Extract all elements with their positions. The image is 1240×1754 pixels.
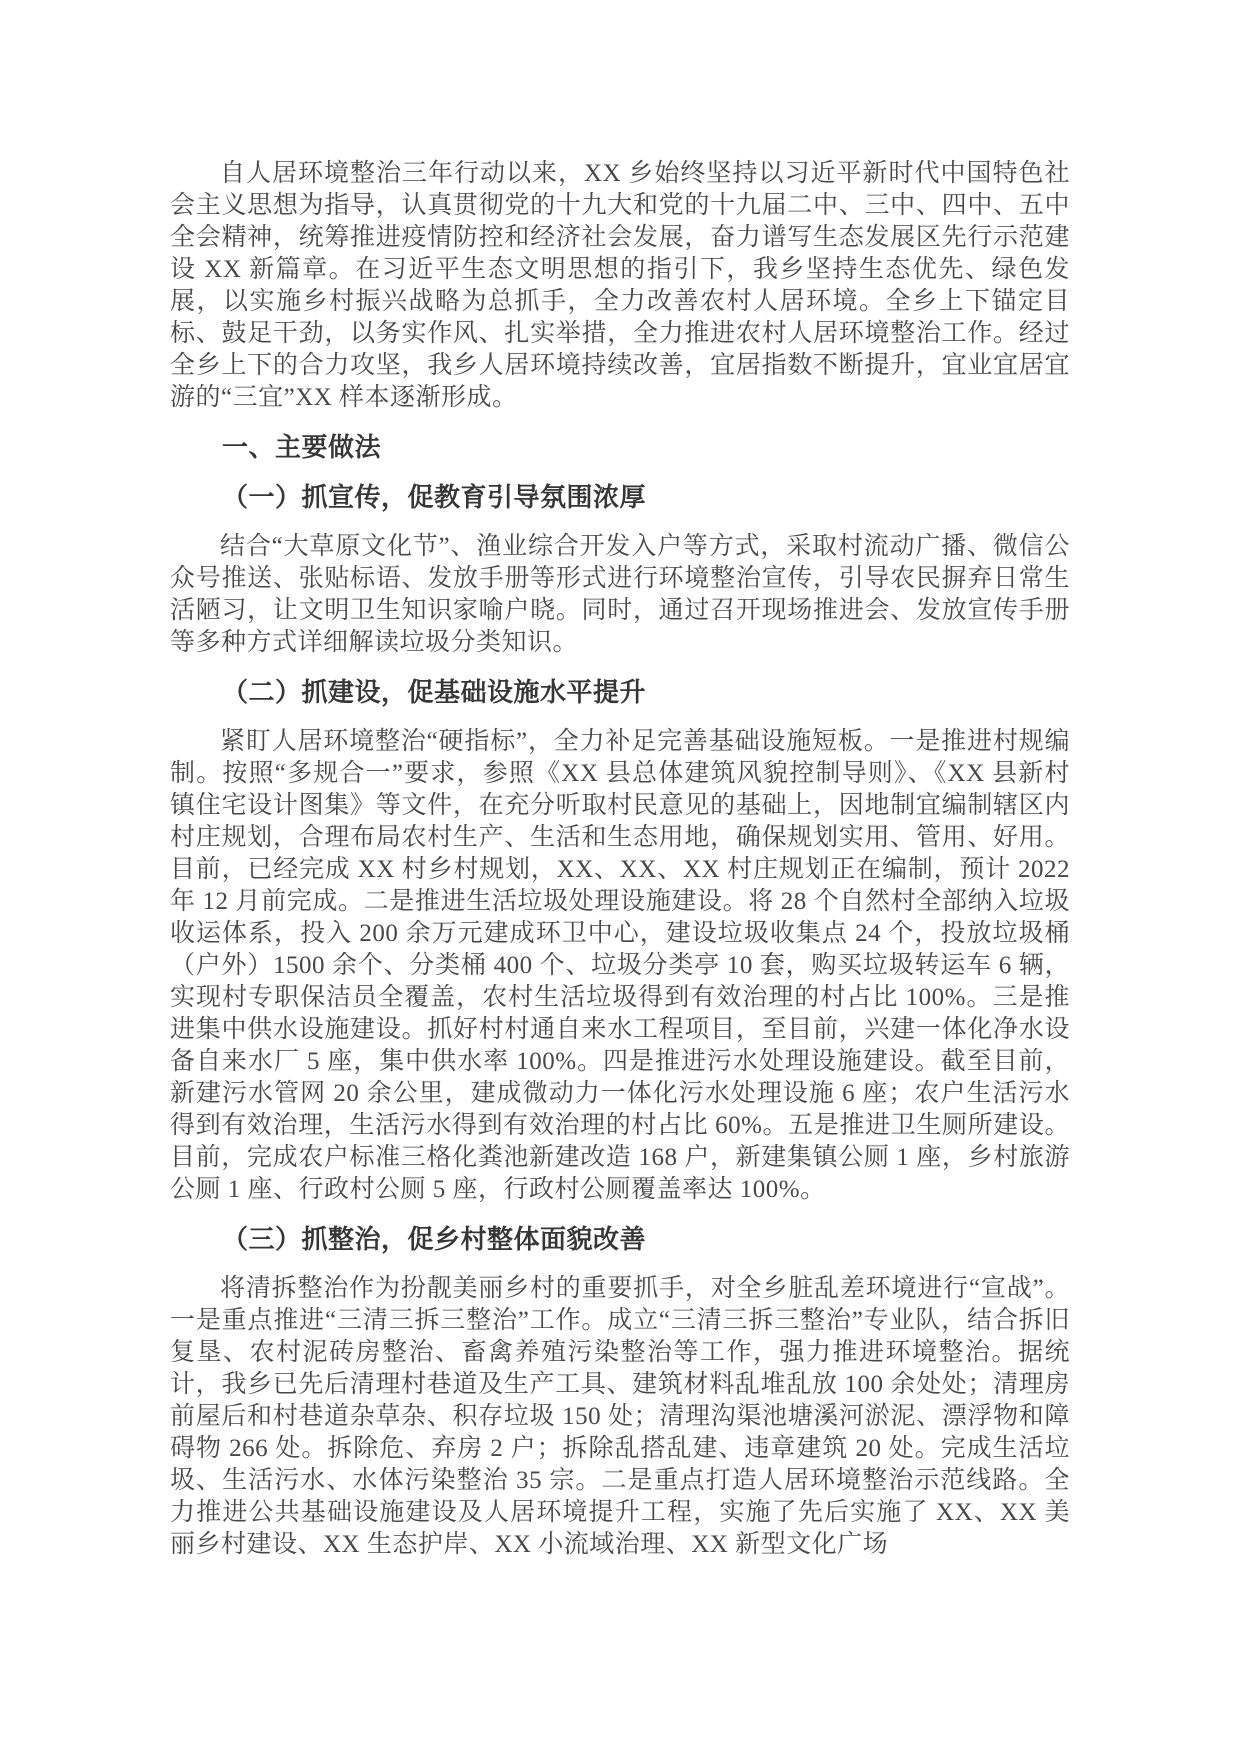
subsection-heading-construction: （二）抓建设，促基础设施水平提升 — [170, 676, 1070, 709]
opening-paragraph: 自人居环境整治三年行动以来，XX 乡始终坚持以习近平新时代中国特色社会主义思想为… — [170, 158, 1070, 414]
section-heading-main-practices: 一、主要做法 — [170, 431, 1070, 464]
subsection-heading-renovation: （三）抓整治，促乡村整体面貌改善 — [170, 1223, 1070, 1256]
document-page: 自人居环境整治三年行动以来，XX 乡始终坚持以习近平新时代中国特色社会主义思想为… — [0, 0, 1240, 1754]
paragraph-construction: 紧盯人居环境整治“硬指标”，全力补足完善基础设施短板。一是推进村规编制。按照“多… — [170, 726, 1070, 1206]
paragraph-publicity: 结合“大草原文化节”、渔业综合开发入户等方式，采取村流动广播、微信公众号推送、张… — [170, 531, 1070, 659]
paragraph-renovation: 将清拆整治作为扮靓美丽乡村的重要抓手，对全乡脏乱差环境进行“宣战”。一是重点推进… — [170, 1273, 1070, 1561]
subsection-heading-publicity: （一）抓宣传，促教育引导氛围浓厚 — [170, 481, 1070, 514]
